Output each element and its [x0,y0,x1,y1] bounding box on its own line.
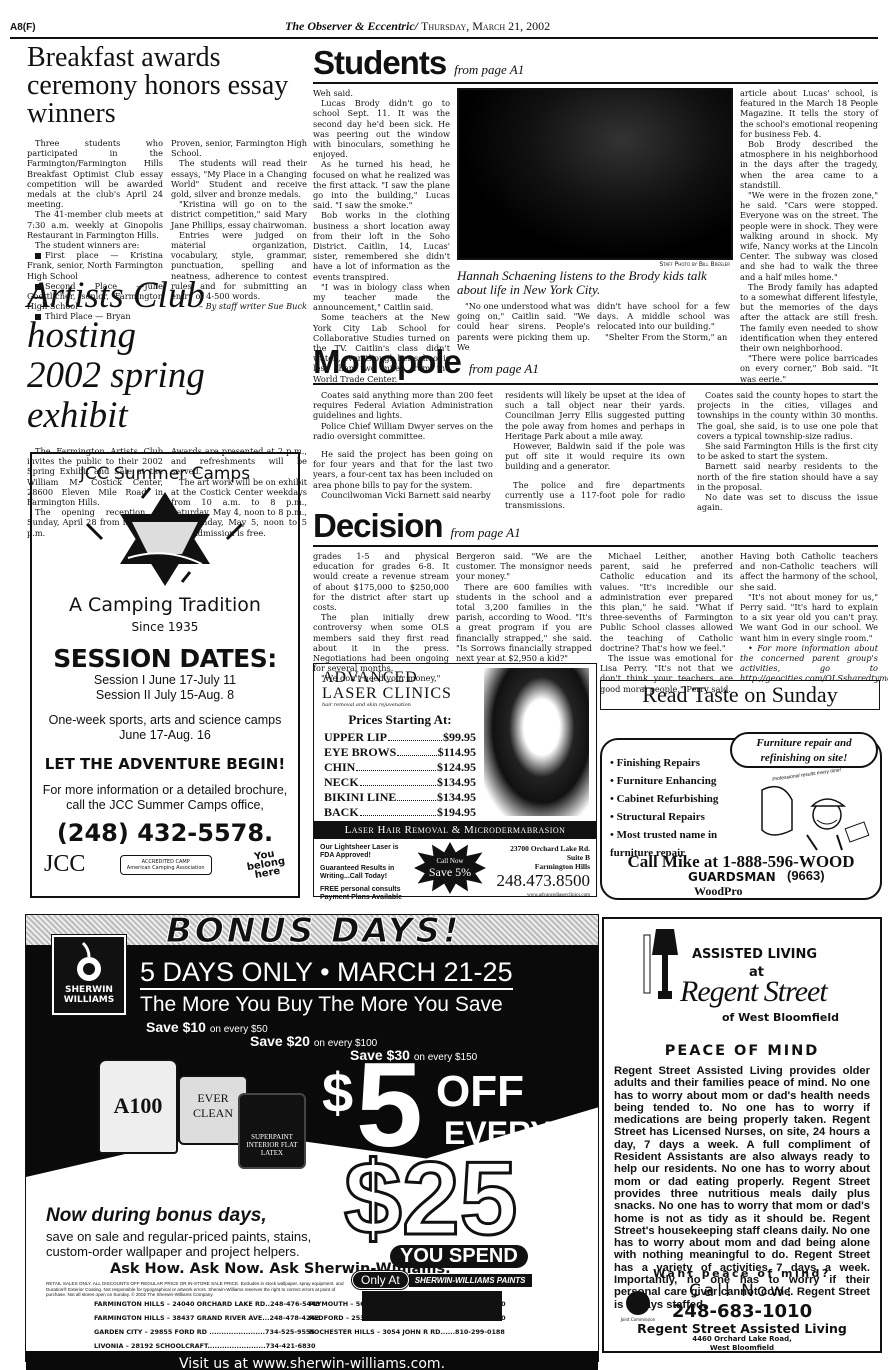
only-at-brand: SHERWIN-WILLIAMS PAINTS [409,1274,532,1287]
repairman-mascot-icon [752,780,872,855]
paragraph: Police Chief William Dwyer serves on the… [313,421,493,441]
paragraph: The police and fire departments currentl… [505,480,685,511]
price-value: $134.95 [437,790,476,805]
students-heading: Students [313,44,446,81]
price-row: EYE BROWS$114.95 [324,745,476,760]
decision-col-2: Bergeron said. "We are the customer. The… [456,551,592,663]
adventure-slogan: LET THE ADVENTURE BEGIN! [32,755,298,773]
paragraph: Bob works in the clothing business a sho… [313,210,450,281]
more-info-link[interactable]: • For more information about the concern… [740,643,878,684]
offer-dollar: $ [322,1065,353,1121]
session-2: Session II July 15-Aug. 8 [32,688,298,703]
sw-now-headline: Now during bonus days, [46,1205,267,1227]
offer-25: $25 [344,1147,518,1251]
paragraph: She said Farmington Hills is the first c… [697,441,878,461]
artists-headline-1: Artists Club hosting [27,276,307,356]
session-dates-heading: SESSION DATES: [32,644,298,673]
paragraph: Bob Brody described the atmosphere in hi… [740,139,878,190]
accredited-sub: American Camping Association [127,865,205,871]
furniture-call[interactable]: Call Mike at 1-888-596-WOOD [602,852,880,872]
paragraph: The students will read their essays, "My… [171,158,307,199]
monopole-rule [313,383,878,385]
paragraph: Councilwoman Vicki Barnett said nearby [313,490,493,500]
decision-col-4: Having both Catholic teachers and non-Ca… [740,551,878,684]
paint-can-a100: A100 [98,1059,178,1154]
laser-phone[interactable]: 248.473.8500 [497,871,591,891]
paint-can-superpaint: SUPERPAINT INTERIOR FLAT LATEX [238,1093,306,1169]
price-item: UPPER LIP [324,730,387,745]
paragraph: Michael Leither, another parent, said he… [600,551,733,653]
store-list-right: PLYMOUTH – 561 ANN ARBOR RD............7… [309,1297,506,1339]
paragraph: There are 600 families with students in … [456,582,592,664]
decision-heading: Decision [313,507,443,544]
square-bullet-icon [35,253,41,259]
paragraph: Proven, senior, Farmington High School. [171,138,307,158]
photo-credit: Staff Photo by Bill Bresler [600,261,730,268]
paragraph: "It's not about money for us," Perry sai… [740,592,878,643]
store-entry: FARMINGTON HILLS – 24040 ORCHARD LAKE RD… [94,1297,320,1311]
paragraph: "We were in the frozen zone," he said. "… [740,190,878,282]
price-value: $99.95 [443,730,476,745]
students-col-1: Weh said. Lucas Brody didn't go to schoo… [313,88,450,384]
read-taste-promo: Read Taste on Sunday [600,680,880,710]
service-label: Furniture Enhancing [617,775,717,787]
price-value: $134.95 [437,775,476,790]
paragraph: didn't have school for a few days. A mid… [597,301,730,332]
paragraph: "Kristina will go on to the district com… [171,199,307,230]
artists-headline-2: 2002 spring exhibit [27,356,307,436]
jcc-since: Since 1935 [32,620,298,634]
service-item: • Furniture Enhancing [610,772,730,790]
students-col-4: article about Lucas' school, is featured… [740,88,878,384]
regent-address-2: West Bloomfield [604,1344,880,1353]
seal-label: Joint Commission [612,1317,664,1322]
sw-slogan: The More You Buy The More You Save [140,993,503,1017]
laser-clinic-ad: ADVANCED LASER CLINICS hair removal and … [313,663,597,897]
addr-3: Farmington Hills [497,862,591,871]
price-item: EYE BROWS [324,745,396,760]
sw-sub-2: custom-order wallpaper and project helpe… [46,1244,311,1259]
sw-sub-1: save on sale and regular-priced paints, … [46,1229,311,1244]
logo-line-1: ADVANCED [322,670,452,686]
only-at-label: Only At [352,1271,409,1289]
sw-fine-print: RETAIL SALES ONLY. ALL DISCOUNTS OFF REG… [46,1281,356,1298]
paragraph: residents will likely be upset at the id… [505,390,685,441]
laser-logo: ADVANCED LASER CLINICS hair removal and … [322,670,452,708]
breakfast-headline: Breakfast awards ceremony honors essay w… [27,44,307,128]
you-belong-here: You belong here [244,848,288,882]
laser-banner: Laser Hair Removal & Microdermabrasion [314,821,596,839]
paragraph: Having both Catholic teachers and non-Ca… [740,551,878,592]
paragraph: Coates said anything more than 200 feet … [313,390,493,421]
call-digits: (9663) [787,868,825,883]
price-row: BACK$194.95 [324,805,476,820]
woodpro-logo: WoodPro [694,884,742,899]
price-item: NECK [324,775,359,790]
laser-website[interactable]: www.advancedlaserclinics.com [497,891,591,900]
monopole-col-2: residents will likely be upset at the id… [505,390,685,510]
monopole-col-3: Coates said the county hopes to start th… [697,390,878,512]
sw-dates: 5 DAYS ONLY • MARCH 21-25 [140,957,513,990]
store-entry: FARMINGTON HILLS – 38437 GRAND RIVER AVE… [94,1311,320,1325]
only-at-banner: Only At SHERWIN-WILLIAMS PAINTS [352,1271,532,1289]
service-item: • Cabinet Refurbishing [610,790,730,808]
service-label: Cabinet Refurbishing [617,793,719,805]
star-of-david-icon [32,484,298,594]
feature-3: FREE personal consults Payment Plans Ava… [320,886,410,902]
furniture-banner: Furniture repair and refinishing on site… [730,732,878,768]
feature-2: Guaranteed Results in Writing...Call Tod… [320,865,410,881]
paragraph: "I was in biology class when my teacher … [313,282,450,313]
regent-name: Regent Street Assisted Living [604,1321,880,1336]
save-threshold: on every $150 [414,1052,477,1063]
students-col-3: didn't have school for a few days. A mid… [597,301,730,342]
monopole-heading: Monopole [313,343,461,380]
logo-tagline: hair removal and skin rejuvenation [322,702,452,708]
price-item: BIKINI LINE [324,790,396,805]
store-entry: REDFORD – 25375 GRAND RIVER AVE......313… [309,1311,506,1325]
paper-name: The Observer & Eccentric/ [285,19,418,33]
regent-address: 4460 Orchard Lake Road, West Bloomfield [604,1335,880,1353]
jcc-tagline: A Camping Tradition [32,594,298,616]
laser-address: 23700 Orchard Lake Rd. Suite B Farmingto… [497,844,591,900]
jcc-camps-ad: JCC Summer Camps A Camping Tradition Sin… [30,452,300,898]
save-amount: Save $20 [250,1033,310,1049]
header-rule [10,37,878,39]
paragraph: Lucas Brody didn't go to school Sept. 11… [313,98,450,159]
service-label: Finishing Repairs [617,757,700,769]
price-list: Prices Starting At: UPPER LIP$99.95 EYE … [324,712,476,829]
decision-jump-header: Decisionfrom page A1 [313,507,878,545]
sw-logo-line-1: SHERWIN [54,985,124,995]
service-label: Structural Repairs [617,811,705,823]
assisted-living-heading: ASSISTED LIVING [692,947,817,962]
oneweek-line-1: One-week sports, arts and science camps [32,713,298,728]
service-item: • Structural Repairs [610,808,730,826]
jcc-logo: JCC [44,851,85,878]
paragraph: Weh said. [313,88,450,98]
store-entry: ROCHESTER HILLS – 3054 JOHN R RD......81… [309,1325,506,1339]
laser-features: Our Lightsheer Laser is FDA Approved! Gu… [320,844,410,902]
regent-street-script: Regent Street [680,975,827,1009]
students-jump-header: Studentsfrom page A1 [313,44,878,82]
save-starburst: Call Now Save 5% [414,842,486,894]
info-line-1: For more information or a detailed broch… [32,783,298,798]
info-line-2: call the JCC Summer Camps office, [32,798,298,813]
jcc-title: JCC Summer Camps [32,464,298,484]
decision-col-3: Michael Leither, another parent, said he… [600,551,733,694]
monopole-jump-header: Monopolefrom page A1 [313,343,878,381]
sw-sub-copy: save on sale and regular-priced paints, … [46,1229,311,1259]
paragraph: As he turned his head, he focused on wha… [313,159,450,210]
addr-1: 23700 Orchard Lake Rd. [497,844,591,853]
star-main: Save 5% [429,865,471,880]
prices-heading: Prices Starting At: [324,712,476,728]
students-rule [313,82,878,84]
logo-line-2: LASER CLINICS [322,686,452,702]
store-entry: PLYMOUTH – 561 ANN ARBOR RD............7… [309,1297,506,1311]
save-amount: Save $10 [146,1019,206,1035]
star-top: Call Now [436,857,463,865]
price-item: CHIN [324,760,355,775]
masthead: The Observer & Eccentric/ Thursday, Marc… [285,19,550,34]
sw-logo-line-2: WILLIAMS [54,995,124,1005]
sw-website[interactable]: Visit us at www.sherwin-williams.com. [26,1351,598,1370]
west-bloomfield-label: of West Bloomfield [722,1011,839,1024]
guardsman-logo: GUARDSMAN [688,870,776,884]
page-number: A8(F) [10,22,36,33]
price-row: UPPER LIP$99.95 [324,730,476,745]
paragraph: Bergeron said. "We are the customer. The… [456,551,592,582]
price-row: CHIN$124.95 [324,760,476,775]
price-row: BIKINI LINE$134.95 [324,790,476,805]
price-value: $124.95 [437,760,476,775]
oneweek-line-2: June 17-Aug. 16 [32,728,298,743]
monopole-jump-label: from page A1 [469,361,539,376]
paragraph: Barnett said nearby residents to the nor… [697,461,878,492]
price-item: BACK [324,805,359,820]
paragraph: Coates said the county hopes to start th… [697,390,878,441]
regent-street-ad: ASSISTED LIVING at Regent Street of West… [602,917,882,1353]
furniture-repair-ad: Furniture repair and refinishing on site… [600,738,882,900]
regent-address-1: 4460 Orchard Lake Road, [604,1335,880,1344]
session-1: Session I June 17-July 11 [32,673,298,688]
store-list-left: FARMINGTON HILLS – 24040 ORCHARD LAKE RD… [94,1297,320,1353]
news-photo [457,88,733,260]
service-item: • Finishing Repairs [610,754,730,772]
paragraph: The 41-member club meets at 7:30 a.m. we… [27,209,163,240]
model-photo [484,668,589,816]
decision-jump-label: from page A1 [451,525,521,540]
cover-the-earth-icon [69,939,109,983]
feature-1: Our Lightsheer Laser is FDA Approved! [320,844,410,860]
addr-2: Suite B [497,853,591,862]
issue-date: Thursday, March 21, 2002 [421,19,550,33]
offer-off: OFF [436,1070,524,1114]
paragraph: The student winners are: [27,240,163,250]
store-entry: GARDEN CITY – 29855 FORD RD ............… [94,1325,320,1339]
paragraph: article about Lucas' school, is featured… [740,88,878,139]
decision-rule [313,545,878,547]
paragraph: However, Baldwin said if the pole was pu… [505,441,685,472]
price-value: $194.95 [437,805,476,820]
peace-of-mind-heading: PEACE OF MIND [604,1043,880,1059]
price-row: NECK$134.95 [324,775,476,790]
jcc-phone[interactable]: (248) 432-5578. [32,819,298,847]
paragraph: He said the project has been going on fo… [313,449,493,490]
paragraph: grades 1-5 and physical education for gr… [313,551,449,612]
paragraph: Three students who participated in the F… [27,138,163,209]
paragraph: "Shelter From the Storm," an [597,332,730,342]
furniture-services: • Finishing Repairs • Furniture Enhancin… [610,754,730,862]
want-peace-line: Want peace of mind? [604,1267,880,1280]
monopole-col-1: Coates said anything more than 200 feet … [313,390,493,500]
sherwin-williams-ad: BONUS DAYS! SHERWIN WILLIAMS 5 DAYS ONLY… [25,914,599,1362]
accredited-badge: ACCREDITED CAMP American Camping Associa… [120,855,212,875]
students-jump-label: from page A1 [454,62,524,77]
joint-commission-seal-icon [626,1291,650,1315]
photo-caption: Hannah Schaening listens to the Brody ki… [457,269,737,297]
sw-logo: SHERWIN WILLIAMS [52,935,126,1015]
price-value: $114.95 [438,745,476,760]
